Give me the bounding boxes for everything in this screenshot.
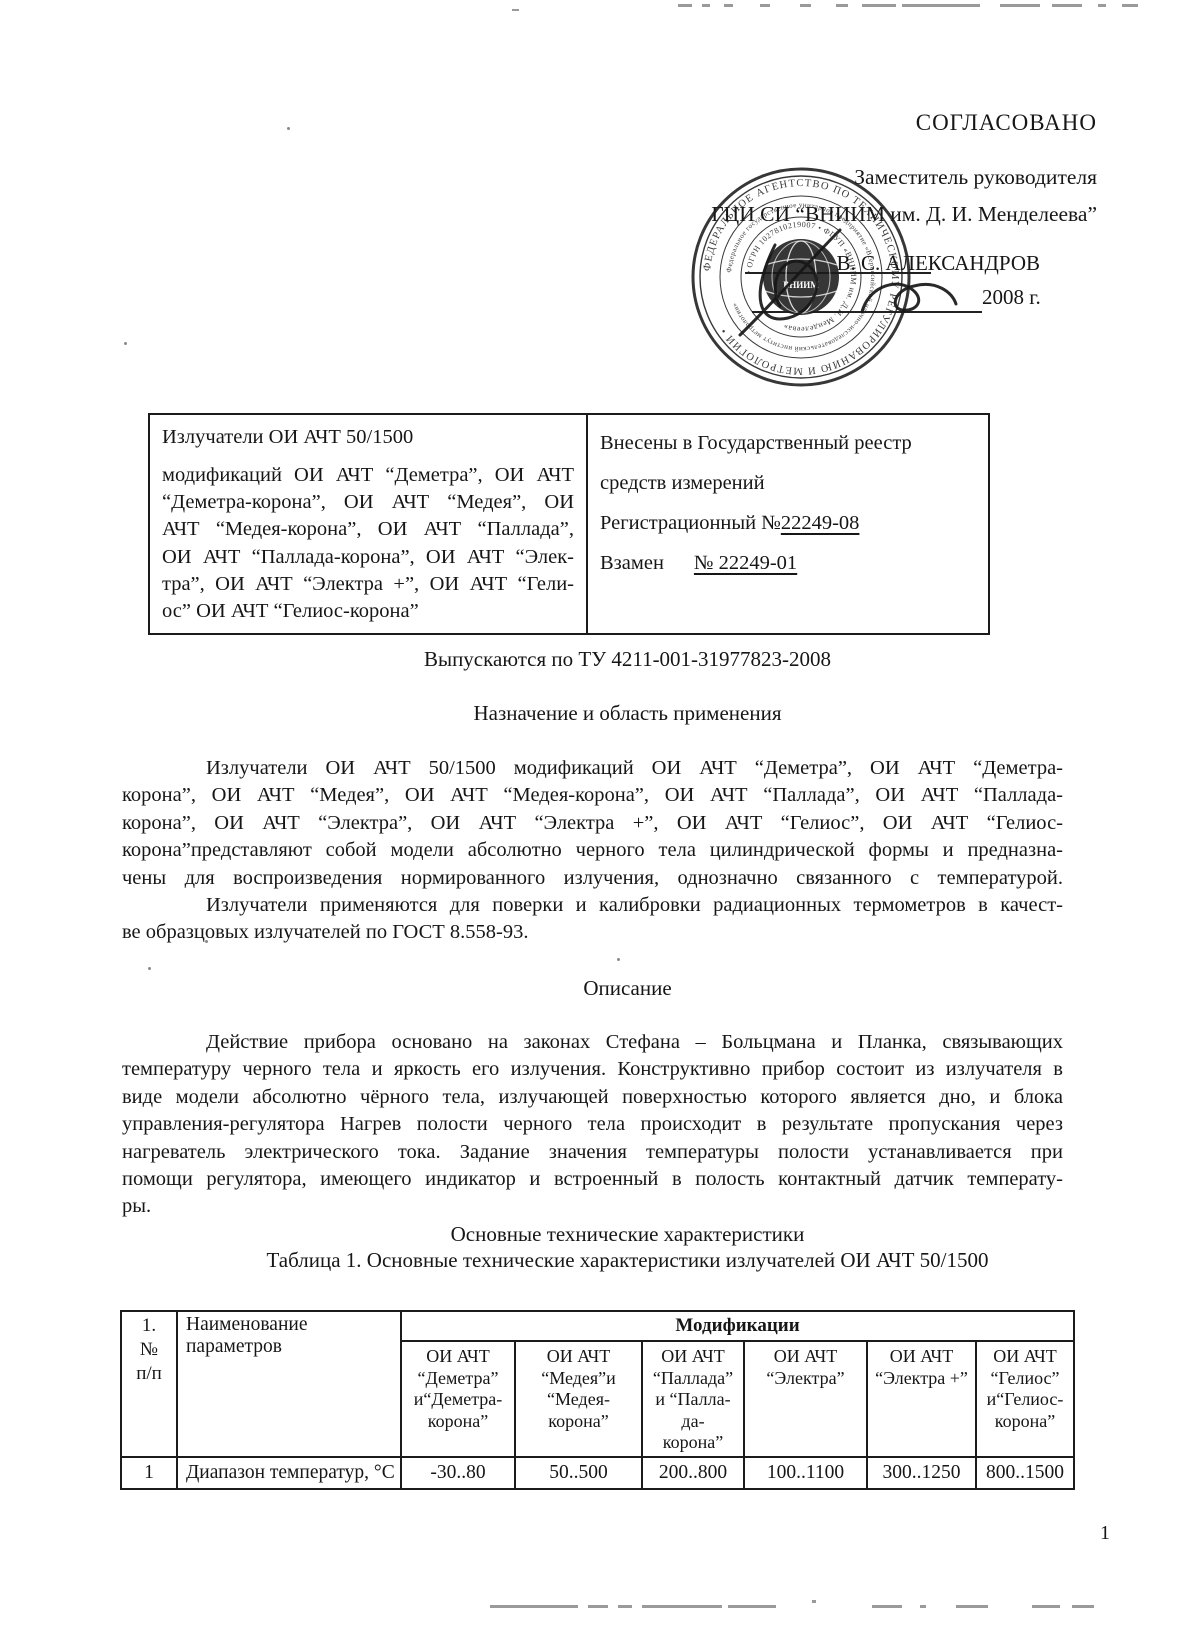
spec-col-header-medea: ОИ АЧТ“Медея”и“Медея-корона” <box>515 1341 642 1457</box>
scan-artifact <box>490 1605 578 1608</box>
text-line: ОИ АЧТ <box>872 1346 971 1368</box>
text-line: ОИ АЧТ <box>749 1346 862 1368</box>
text-line: корона”, ОИ АЧТ “Медея”, ОИ АЧТ “Медея-к… <box>122 782 1063 809</box>
signature <box>680 190 980 340</box>
purpose-paragraph-2: Излучатели применяются для поверки и кал… <box>122 892 1063 947</box>
text-line: корона” <box>520 1411 637 1433</box>
scan-artifact <box>642 1605 722 1608</box>
section-title-description: Описание <box>122 976 1063 1001</box>
text-line: виде модели абсолютно чёрного тела, излу… <box>122 1084 1063 1111</box>
registry-statement-2: средств измерений <box>600 463 978 503</box>
text-line: помощи регулятора, имеющего индикатор и … <box>122 1166 1063 1193</box>
device-modifications: модификаций ОИ АЧТ “Деметра”, ОИ АЧТ“Дем… <box>162 462 574 625</box>
scanned-document: { "approval": { "status": "СОГЛАСОВАНО",… <box>0 0 1181 1647</box>
registration-label: Регистрационный № <box>600 512 781 534</box>
text-line: корона” <box>406 1411 510 1433</box>
text-line: чены для воспроизведения нормированного … <box>122 865 1063 892</box>
spec-value-demetra: -30..80 <box>401 1457 515 1489</box>
spec-col-header-electra-plus: ОИ АЧТ“Электра +” <box>867 1341 976 1457</box>
registry-statement-1: Внесены в Государственный реестр <box>600 423 978 463</box>
spec-col-header-pallada: ОИ АЧТ“Паллада”и “Палла-да-корона” <box>642 1341 744 1457</box>
text-line: ры. <box>122 1193 1063 1220</box>
description-paragraph: Действие прибора основано на законах Сте… <box>122 1029 1063 1221</box>
scan-artifact <box>800 4 811 7</box>
text-line: и “Палла- <box>647 1389 739 1411</box>
scan-artifact <box>1122 4 1138 7</box>
scan-artifact <box>872 1605 902 1608</box>
registry-table: Излучатели ОИ АЧТ 50/1500 модификаций ОИ… <box>148 413 990 635</box>
text-line: “Медея”и <box>520 1368 637 1390</box>
spec-value-gelios: 800..1500 <box>976 1457 1074 1489</box>
scan-artifact <box>618 1605 632 1608</box>
text-line: и“Гелиос- <box>981 1389 1069 1411</box>
spec-col-header-gelios: ОИ АЧТ“Гелиос”и“Гелиос-корона” <box>976 1341 1074 1457</box>
table-caption: Таблица 1. Основные технические характер… <box>122 1248 1063 1273</box>
device-title: Излучатели ОИ АЧТ 50/1500 <box>162 423 574 452</box>
replaces-number: № 22249-01 <box>694 552 797 574</box>
text-line: корона”, ОИ АЧТ “Электра”, ОИ АЧТ “Элект… <box>122 810 1063 837</box>
text-line: температуру черного тела и яркость его и… <box>122 1056 1063 1083</box>
spec-col-header-electra: ОИ АЧТ“Электра” <box>744 1341 867 1457</box>
issued-per-spec: Выпускаются по ТУ 4211-001-31977823-2008 <box>122 647 1063 672</box>
purpose-paragraph-1: Излучатели ОИ АЧТ 50/1500 модификаций ОИ… <box>122 755 1063 892</box>
spec-col-header-demetra: ОИ АЧТ“Деметра”и“Деметра-корона” <box>401 1341 515 1457</box>
spec-value-electra: 100..1100 <box>744 1457 867 1489</box>
text-line: ОИ АЧТ <box>520 1346 637 1368</box>
scan-artifact <box>812 1600 816 1603</box>
text-line: ос” ОИ АЧТ “Гелиос-корона” <box>162 598 574 625</box>
spec-data-row: 1 Диапазон температур, °С -30..80 50..50… <box>121 1457 1074 1489</box>
text-line: “Деметра” <box>406 1368 510 1390</box>
text-line: нагреватель электрического тока. Задание… <box>122 1139 1063 1166</box>
section-title-characteristics: Основные технические характеристики <box>122 1222 1063 1247</box>
text-line: ОИ АЧТ <box>406 1346 510 1368</box>
spec-value-electra-plus: 300..1250 <box>867 1457 976 1489</box>
text-line: и“Деметра- <box>406 1389 510 1411</box>
text-line: № <box>126 1338 172 1362</box>
spec-value-pallada: 200..800 <box>642 1457 744 1489</box>
text-line: тра”, ОИ АЧТ “Электра +”, ОИ АЧТ “Гели- <box>162 571 574 598</box>
spec-value-medea: 50..500 <box>515 1457 642 1489</box>
scan-artifact <box>862 4 896 7</box>
scan-artifact <box>1000 4 1040 7</box>
scan-speck <box>617 958 620 961</box>
text-line: “Медея- <box>520 1389 637 1411</box>
registry-right-cell: Внесены в Государственный реестр средств… <box>588 415 988 633</box>
spec-row-number: 1 <box>121 1457 177 1489</box>
text-line: “Паллада” <box>647 1368 739 1390</box>
text-line: модификаций ОИ АЧТ “Деметра”, ОИ АЧТ <box>162 462 574 489</box>
text-line: ОИ АЧТ <box>647 1346 739 1368</box>
scan-artifact <box>836 4 848 7</box>
scan-artifact <box>760 4 770 7</box>
spec-modifications-header: Модификации <box>401 1311 1074 1341</box>
text-line: “Деметра-корона”, ОИ АЧТ “Медея”, ОИ <box>162 489 574 516</box>
spec-header-row-1: 1.№п/п Наименование параметров Модификац… <box>121 1311 1074 1341</box>
text-line: п/п <box>126 1362 172 1386</box>
text-line: ОИ АЧТ “Паллада-корона”, ОИ АЧТ “Элек- <box>162 544 574 571</box>
text-line: да- <box>647 1411 739 1433</box>
scan-artifact <box>512 9 519 11</box>
approval-year: 2008 г. <box>982 285 1041 310</box>
spec-table: 1.№п/п Наименование параметров Модификац… <box>120 1310 1075 1490</box>
scan-artifact <box>588 1605 608 1608</box>
spec-row-param: Диапазон температур, °С <box>177 1457 401 1489</box>
registry-left-cell: Излучатели ОИ АЧТ 50/1500 модификаций ОИ… <box>150 415 588 633</box>
text-line: Излучатели ОИ АЧТ 50/1500 модификаций ОИ… <box>122 755 1063 782</box>
scan-artifact <box>1032 1605 1060 1608</box>
text-line: 1. <box>126 1314 172 1338</box>
scan-artifact <box>702 4 710 7</box>
scan-speck <box>148 967 151 970</box>
scan-artifact <box>728 1605 776 1608</box>
text-line: управления-регулятора Нагрев полости чер… <box>122 1111 1063 1138</box>
registration-number-line: Регистрационный №22249-08 <box>600 503 978 543</box>
text-line: “Электра +” <box>872 1368 971 1390</box>
text-line: АЧТ “Медея-корона”, ОИ АЧТ “Паллада”, <box>162 516 574 543</box>
page-number: 1 <box>1100 1522 1110 1545</box>
text-line: ве образцовых излучателей по ГОСТ 8.558-… <box>122 919 1063 946</box>
text-line: “Электра” <box>749 1368 862 1390</box>
replaces-number-line: Взамен№ 22249-01 <box>600 543 978 583</box>
text-line: корона”представляют собой модели абсолют… <box>122 837 1063 864</box>
text-line: корона” <box>981 1411 1069 1433</box>
text-line: ОИ АЧТ <box>981 1346 1069 1368</box>
scan-artifact <box>902 4 980 7</box>
scan-artifact <box>956 1605 988 1608</box>
text-line: Действие прибора основано на законах Сте… <box>122 1029 1063 1056</box>
registration-number: 22249-08 <box>781 512 860 534</box>
scan-speck <box>287 127 290 130</box>
text-line: “Гелиос” <box>981 1368 1069 1390</box>
scan-artifact <box>724 4 733 7</box>
scan-artifact <box>1052 4 1082 7</box>
scan-speck <box>124 342 127 345</box>
approval-status: СОГЛАСОВАНО <box>916 110 1097 136</box>
signature-stroke <box>862 284 956 312</box>
text-line: корона” <box>647 1432 739 1454</box>
scan-artifact <box>920 1605 926 1608</box>
scan-artifact <box>1072 1605 1094 1608</box>
scan-artifact <box>1098 4 1106 7</box>
spec-col-param-header: Наименование параметров <box>177 1311 401 1457</box>
replaces-label: Взамен <box>600 552 664 574</box>
scan-artifact <box>678 4 692 7</box>
section-title-purpose: Назначение и область применения <box>122 701 1063 726</box>
text-line: Излучатели применяются для поверки и кал… <box>122 892 1063 919</box>
signature-stroke <box>740 230 840 335</box>
spec-col-number-header: 1.№п/п <box>121 1311 177 1457</box>
